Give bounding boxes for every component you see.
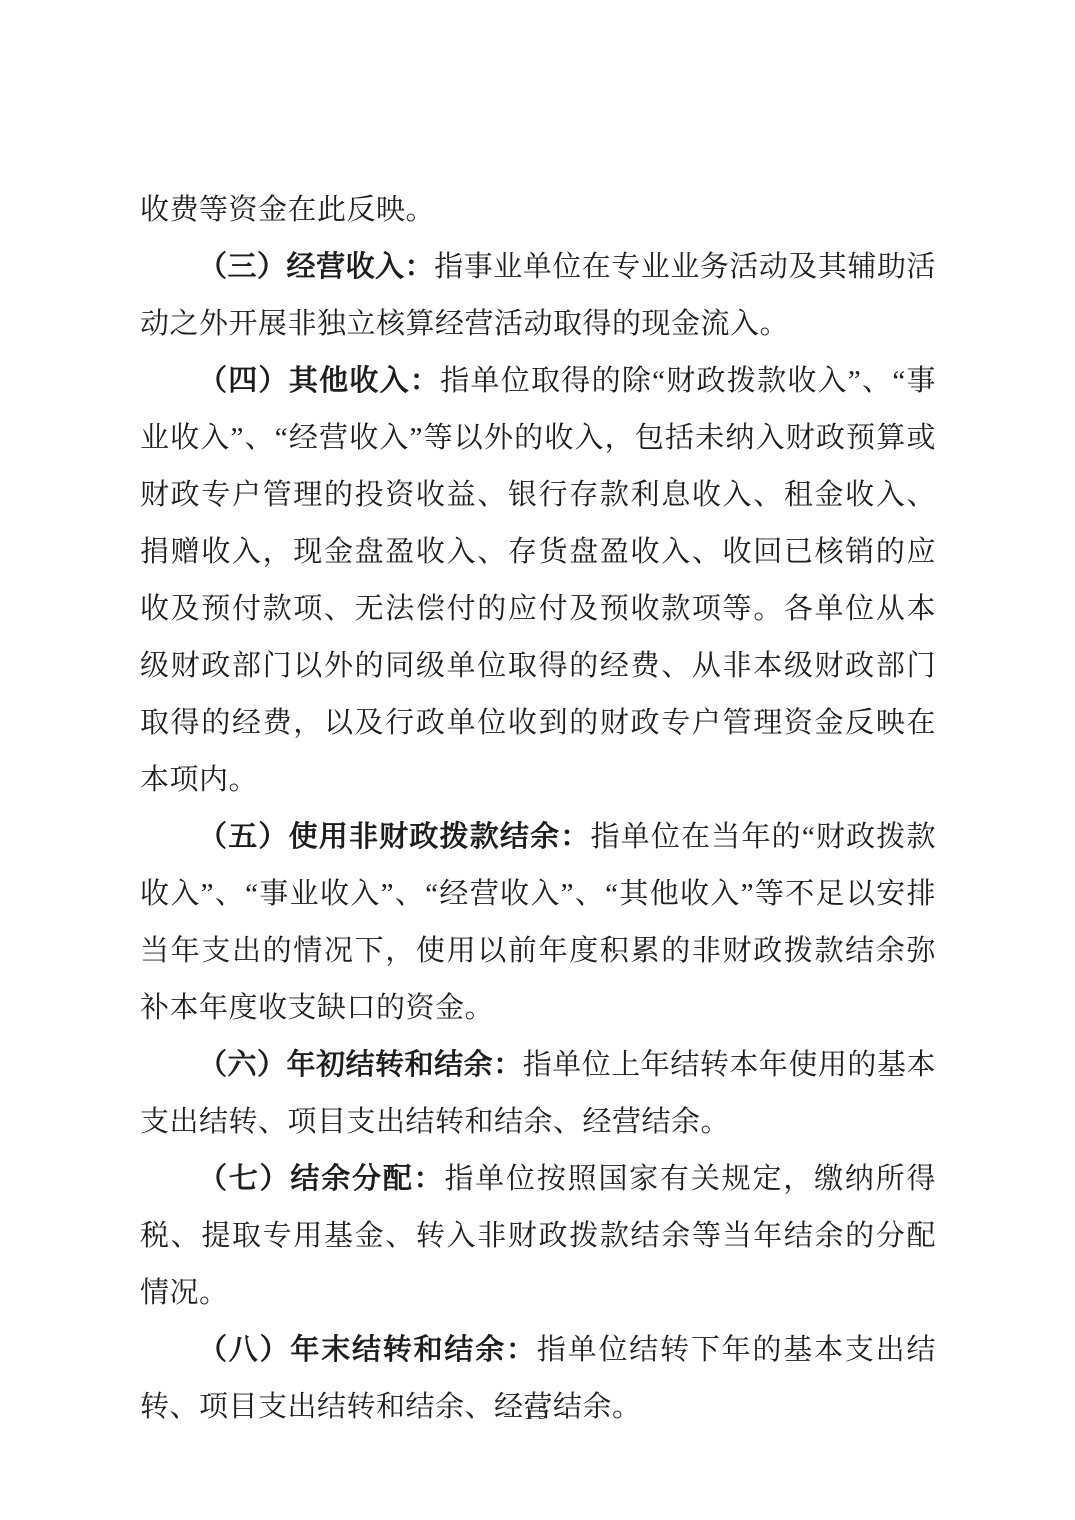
document-page: 收费等资金在此反映。（三）经营收入：指事业单位在专业业务活动及其辅助活动之外开展… (0, 0, 1075, 1520)
clause-5-use-of-non-fiscal-appropriation-balance: （五）使用非财政拨款结余：指单位在当年的“财政拨款收入”、“事业收入”、“经营收… (140, 809, 936, 1037)
clause-heading: （六）年初结转和结余： (198, 1049, 523, 1081)
clause-heading: （八）年末结转和结余： (198, 1334, 537, 1366)
clause-4-other-income: （四）其他收入：指单位取得的除“财政拨款收入”、“事业收入”、“经营收入”等以外… (140, 353, 936, 809)
clause-heading: （三）经营收入： (198, 251, 434, 283)
page-footer: - 15 - (0, 1402, 1075, 1425)
page-number: - 15 - (504, 1402, 571, 1424)
clause-body-text: 指单位取得的除“财政拨款收入”、“事业收入”、“经营收入”等以外的收入，包括未纳… (140, 365, 936, 796)
clause-heading: （五）使用非财政拨款结余： (198, 821, 591, 853)
clause-heading: （四）其他收入： (198, 365, 440, 397)
clause-body-text: 收费等资金在此反映。 (140, 194, 435, 226)
clause-6-beginning-of-year-carryover-and-balance: （六）年初结转和结余：指单位上年结转本年使用的基本支出结转、项目支出结转和结余、… (140, 1037, 936, 1151)
clause-7-balance-distribution: （七）结余分配：指单位按照国家有关规定，缴纳所得税、提取专用基金、转入非财政拨款… (140, 1151, 936, 1322)
paragraph-continuation: 收费等资金在此反映。 (140, 182, 936, 239)
document-body: 收费等资金在此反映。（三）经营收入：指事业单位在专业业务活动及其辅助活动之外开展… (140, 182, 936, 1436)
clause-heading: （七）结余分配： (198, 1163, 444, 1195)
clause-3-operating-income: （三）经营收入：指事业单位在专业业务活动及其辅助活动之外开展非独立核算经营活动取… (140, 239, 936, 353)
